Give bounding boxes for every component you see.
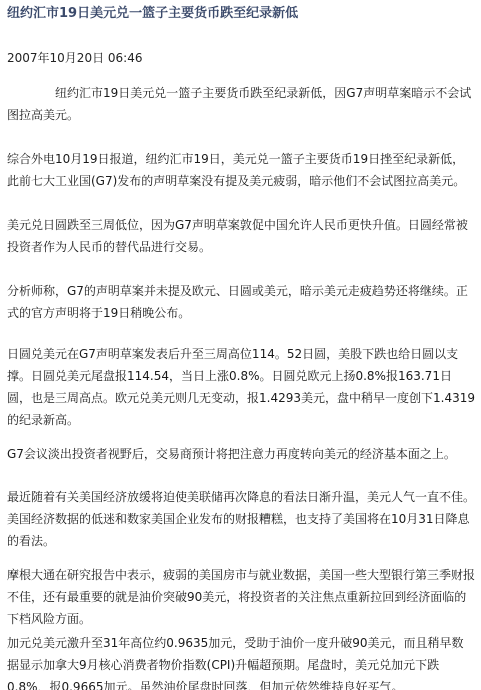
article-title: 纽约汇市19日美元兑一篮子主要货币跌至纪录新低 xyxy=(7,2,298,21)
article-paragraph: 摩根大通在研究报告中表示，疲弱的美国房市与就业数据，美国一些大型银行第三季财报不… xyxy=(7,564,475,630)
article-paragraph: G7会议淡出投资者视野后，交易商预计将把注意力再度转向美元的经济基本面之上。 xyxy=(7,443,475,465)
article-datetime: 2007年10月20日 06:46 xyxy=(7,49,142,66)
article-paragraph: 美元兑日圆跌至三周低位，因为G7声明草案敦促中国允许人民币更快升值。日圆经常被投… xyxy=(7,214,475,258)
article-paragraph: 加元兑美元激升至31年高位约0.9635加元，受助于油价一度升破90美元，而且稍… xyxy=(7,632,475,690)
article-paragraph: 日圆兑美元在G7声明草案发表后升至三周高位114。52日圆，美股下跌也给日圆以支… xyxy=(7,343,475,431)
article-paragraph: 最近随着有关美国经济放缓将迫使美联储再次降息的看法日渐升温，美元人气一直不佳。美… xyxy=(7,486,475,552)
article-paragraph-lead: 纽约汇市19日美元兑一篮子主要货币跌至纪录新低，因G7声明草案暗示不会试图拉高美… xyxy=(7,82,475,126)
article-paragraph: 分析师称，G7的声明草案并未提及欧元、日圆或美元，暗示美元走疲趋势还将继续。正式… xyxy=(7,280,475,324)
article-paragraph: 综合外电10月19日报道，纽约汇市19日，美元兑一篮子主要货币19日挫至纪录新低… xyxy=(7,148,475,192)
